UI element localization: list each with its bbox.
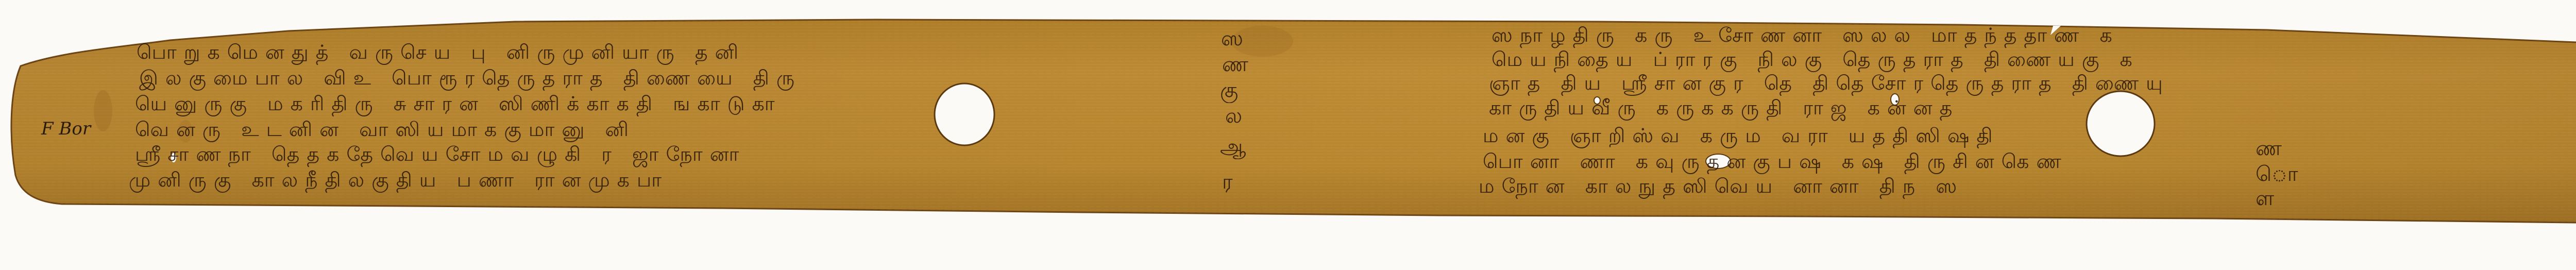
- right-text-line-3: ஞாத திய ஸ்ரீசானகுர தெ திதெசோரதெருதராத தி…: [1489, 71, 2170, 95]
- left-text-line-3: யெனுருகு மகரிதிரு சுசாரன ஸிணிக்காகதி ஙகா…: [135, 92, 782, 115]
- right-text-line-1: ஸநாழதிரு கரு உசோணனா ஸலல மாதந்ததாண க: [1492, 23, 2120, 47]
- left-text-line-5: ஸ்ரீசாணநா தெதகதேவெயசோமவழுகி ர ஜாநோனா: [135, 142, 746, 166]
- binding-hole-right: [2087, 91, 2155, 156]
- margin-char: ஆ: [1220, 135, 1246, 161]
- right-text-line-5: மனகு ஞாறிஸ்வ கரும வரா யததிஸிஷதி: [1483, 124, 2000, 147]
- margin-char: ல: [1225, 104, 1242, 130]
- right-text-line-2: மெயநிதைய ப்ராரகு நிலகு தெருதராத திணையகு …: [1492, 47, 2140, 71]
- stain: [94, 90, 112, 131]
- left-text-line-1: பொறுகமெனதுத் வருசெய பு னிருமுனியாரு தனி: [137, 40, 745, 64]
- margin-char: ள: [2256, 187, 2274, 213]
- margin-char: ஸ: [1221, 27, 1243, 53]
- left-margin-note: F Bor: [41, 119, 91, 139]
- margin-char: ண: [2256, 137, 2282, 163]
- right-text-line-4: காருதியவீரு கருககருதி ராஜ கன்னத: [1489, 96, 1959, 120]
- left-text-line-2: இலகுமைபால விஉ பொரூரதெருதராத திணையை திரு: [139, 66, 802, 90]
- left-text-line-4: வெனரு உடனின வாஸியமாககுமானு னி: [135, 117, 636, 141]
- margin-char: ொ: [2256, 162, 2298, 189]
- margin-char: ண: [1222, 53, 1248, 79]
- binding-hole-left: [935, 83, 994, 145]
- margin-char: ர: [1222, 170, 1233, 196]
- right-text-line-6: பொனா ணா கவுருதனகுபஷ கஷ திருசினகெண: [1483, 149, 2069, 173]
- manuscript-scene: F Bor பொறுகமெனதுத் வருசெய பு னிருமுனியார…: [0, 0, 2576, 270]
- left-text-line-6: முனிருகு காலநீதிலகுதிய பணா ரானமுகபா: [129, 168, 669, 192]
- margin-char: கு: [1220, 78, 1238, 105]
- right-text-line-7: மநோன காலநுதஸிவெய னானா திந ஸ: [1479, 174, 1964, 198]
